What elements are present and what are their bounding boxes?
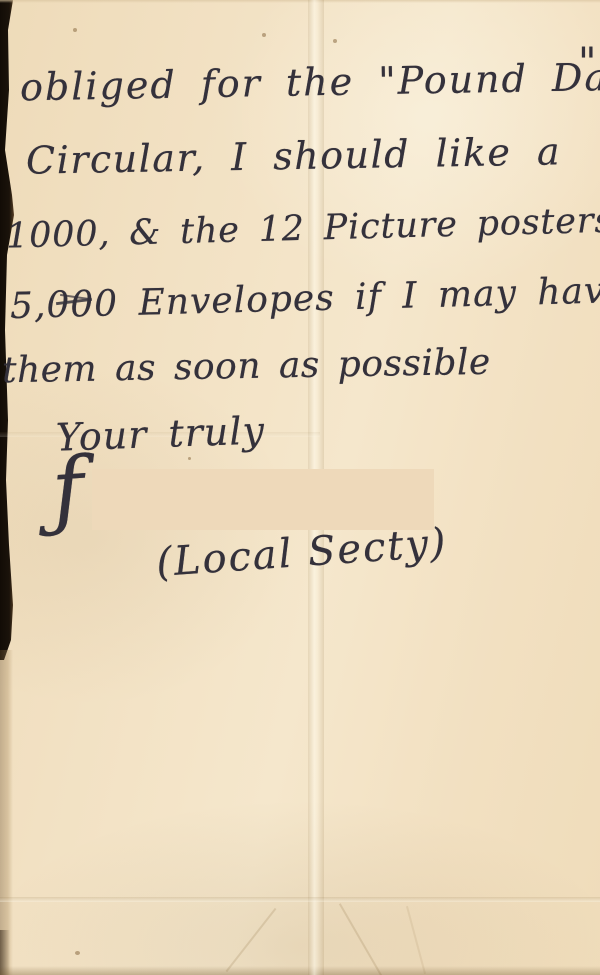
torn-left-edge-lower	[0, 650, 13, 975]
paper-speck	[333, 39, 337, 43]
letter-page: obliged for the "Pound Day " Circular, I…	[0, 0, 600, 975]
redaction-box	[92, 469, 434, 530]
handwriting-line-6-valediction: Your truly	[55, 408, 265, 459]
paper-speck	[73, 28, 77, 32]
paper-speck	[262, 33, 266, 37]
closing-quote-mark: "	[578, 40, 596, 86]
signature-initial: ƒ	[49, 439, 88, 541]
handwriting-line-5: them as soon as possible	[2, 342, 491, 392]
horizontal-crease	[0, 897, 600, 902]
top-edge-shadow	[0, 0, 600, 3]
bottom-edge-shadow	[0, 966, 600, 975]
paper-speck	[188, 457, 191, 460]
paper-speck	[75, 951, 80, 955]
handwriting-line-2: Circular, I should like a	[26, 129, 562, 182]
